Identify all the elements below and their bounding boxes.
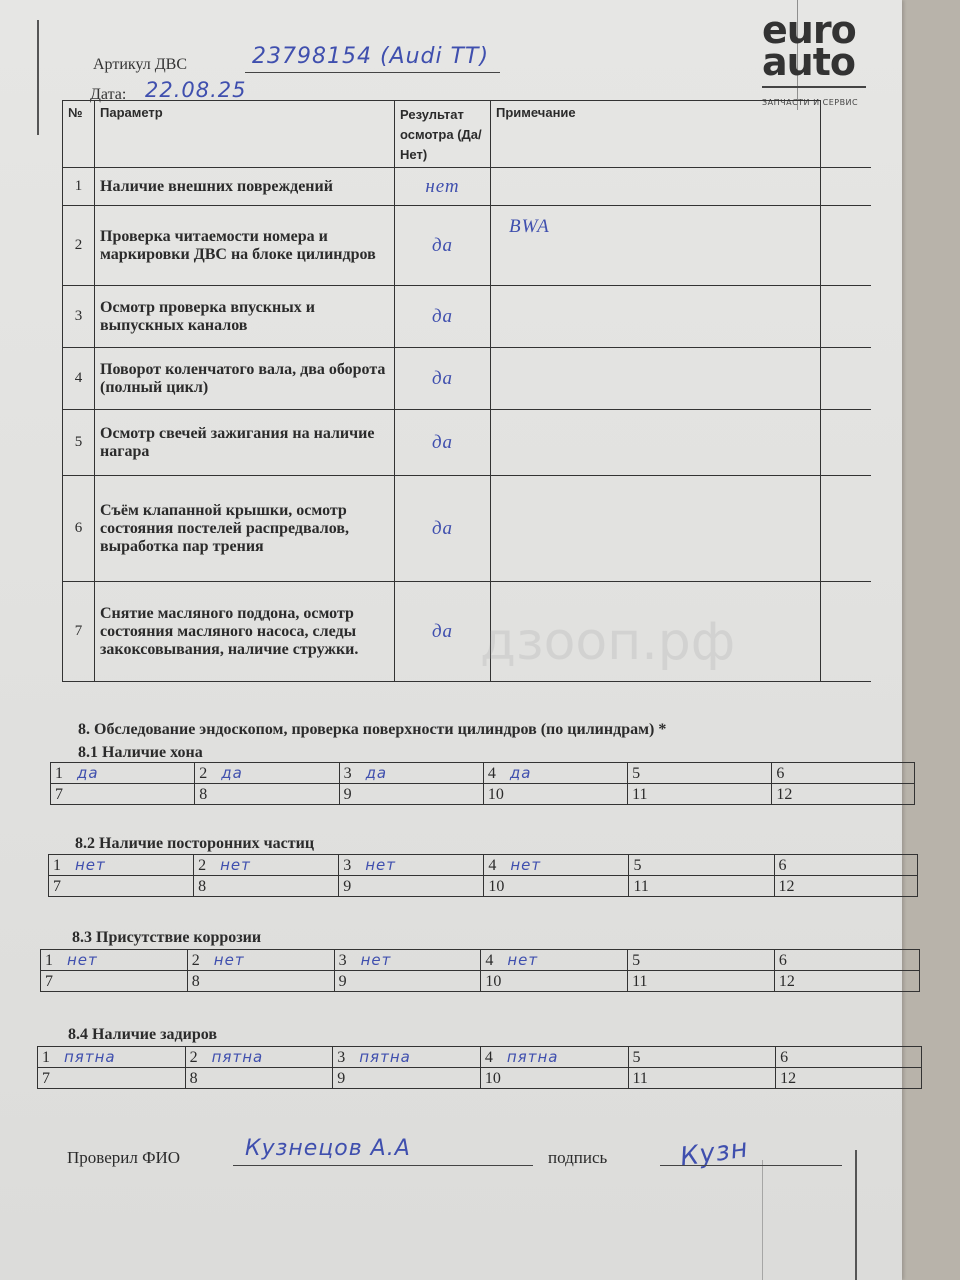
cylinder-number: 5 xyxy=(633,1049,641,1066)
subsection-title: 8.4 Наличие задиров xyxy=(68,1026,217,1044)
cylinder-value: пятна xyxy=(212,1048,264,1066)
cylinder-row: 789101112 xyxy=(51,784,915,805)
date-value: 22.08.25 xyxy=(145,78,247,102)
table-row: 1Наличие внешних поврежденийнет xyxy=(63,168,871,206)
cylinder-cell: 6 xyxy=(774,855,917,876)
cylinder-number: 7 xyxy=(45,973,53,990)
row-blank xyxy=(821,168,871,206)
cylinder-value: пятна xyxy=(64,1048,116,1066)
table-row: 3Осмотр проверка впускных и выпускных ка… xyxy=(63,286,871,348)
cylinder-number: 3 xyxy=(343,857,351,874)
cylinder-number: 7 xyxy=(55,786,63,803)
row-note xyxy=(491,476,821,582)
cylinder-number: 3 xyxy=(339,952,347,969)
row-blank xyxy=(821,410,871,476)
cylinder-row: 789101112 xyxy=(49,876,918,897)
table-row: 6Съём клапанной крышки, осмотр состояния… xyxy=(63,476,871,582)
cylinder-cell: 7 xyxy=(38,1068,186,1089)
cylinder-cell: 4нет xyxy=(484,855,629,876)
cylinder-number: 2 xyxy=(199,765,207,782)
row-result: да xyxy=(395,582,491,682)
cylinder-number: 3 xyxy=(337,1049,345,1066)
cylinder-number: 3 xyxy=(344,765,352,782)
table-row: 4Поворот коленчатого вала, два оборота (… xyxy=(63,348,871,410)
cylinder-cell: 9 xyxy=(339,876,484,897)
cylinder-cell: 11 xyxy=(628,784,772,805)
cylinder-number: 10 xyxy=(485,1070,501,1087)
cylinder-cell: 7 xyxy=(41,971,188,992)
cylinder-cell: 5 xyxy=(628,1047,776,1068)
cylinder-cell: 9 xyxy=(339,784,483,805)
cylinder-number: 1 xyxy=(55,765,63,782)
cylinder-cell: 5 xyxy=(629,855,774,876)
cylinder-cell: 4пятна xyxy=(480,1047,628,1068)
cylinder-number: 2 xyxy=(192,952,200,969)
cylinder-number: 12 xyxy=(776,786,792,803)
cylinder-value: пятна xyxy=(359,1048,411,1066)
row-parameter: Снятие масляного поддона, осмотр состоян… xyxy=(95,582,395,682)
cylinder-cell: 12 xyxy=(774,876,917,897)
cylinder-number: 7 xyxy=(53,878,61,895)
row-note: BWA xyxy=(491,206,821,286)
cylinder-cell: 4да xyxy=(483,763,627,784)
cylinder-table: 1нет2нет3нет4нет56789101112 xyxy=(40,949,920,992)
checked-by-label: Проверил ФИО xyxy=(67,1148,180,1168)
cylinder-number: 6 xyxy=(776,765,784,782)
table-row: 5Осмотр свечей зажигания на наличие нага… xyxy=(63,410,871,476)
section8-title: 8. Обследование эндоскопом, проверка пов… xyxy=(78,721,666,739)
cylinder-value: нет xyxy=(67,951,98,969)
cylinder-number: 9 xyxy=(337,1070,345,1087)
row-number: 3 xyxy=(63,286,95,348)
cylinder-cell: 4нет xyxy=(481,950,628,971)
row-number: 2 xyxy=(63,206,95,286)
cylinder-number: 9 xyxy=(343,878,351,895)
row-parameter: Поворот коленчатого вала, два оборота (п… xyxy=(95,348,395,410)
cylinder-number: 6 xyxy=(779,952,787,969)
cylinder-cell: 12 xyxy=(774,971,919,992)
article-label: Артикул ДВС xyxy=(93,56,187,74)
cylinder-cell: 6 xyxy=(772,763,915,784)
cylinder-cell: 10 xyxy=(480,1068,628,1089)
cylinder-table: 1нет2нет3нет4нет56789101112 xyxy=(48,854,918,897)
row-number: 4 xyxy=(63,348,95,410)
cylinder-cell: 6 xyxy=(776,1047,922,1068)
cylinder-cell: 10 xyxy=(483,784,627,805)
checked-by-underline xyxy=(233,1165,533,1166)
cylinder-value: да xyxy=(221,764,243,782)
row-result: да xyxy=(395,476,491,582)
cylinder-value: нет xyxy=(75,856,106,874)
cylinder-cell: 5 xyxy=(628,950,775,971)
fold-line xyxy=(855,1150,857,1280)
subsection-title: 8.2 Наличие посторонних частиц xyxy=(75,835,314,853)
cylinder-number: 5 xyxy=(632,952,640,969)
cylinder-number: 4 xyxy=(488,857,496,874)
col-header-blank xyxy=(821,101,871,168)
cylinder-number: 1 xyxy=(42,1049,50,1066)
fold-line xyxy=(37,20,39,135)
cylinder-number: 4 xyxy=(485,952,493,969)
row-parameter: Осмотр проверка впускных и выпускных кан… xyxy=(95,286,395,348)
col-header-num: № xyxy=(63,101,95,168)
article-value: 23798154 (Audi TT) xyxy=(252,44,489,69)
cylinder-row: 1да2да3да4да56 xyxy=(51,763,915,784)
cylinder-number: 12 xyxy=(779,878,795,895)
cylinder-cell: 2нет xyxy=(194,855,339,876)
cylinder-cell: 5 xyxy=(628,763,772,784)
cylinder-value: да xyxy=(366,764,388,782)
cylinder-cell: 7 xyxy=(51,784,195,805)
col-header-param: Параметр xyxy=(95,101,395,168)
cylinder-value: нет xyxy=(510,856,541,874)
cylinder-cell: 10 xyxy=(481,971,628,992)
cylinder-number: 10 xyxy=(488,878,504,895)
cylinder-number: 5 xyxy=(632,765,640,782)
cylinder-number: 2 xyxy=(190,1049,198,1066)
cylinder-number: 11 xyxy=(633,1070,648,1087)
cylinder-value: пятна xyxy=(507,1048,559,1066)
cylinder-table: 1да2да3да4да56789101112 xyxy=(50,762,915,805)
row-number: 5 xyxy=(63,410,95,476)
row-result: да xyxy=(395,286,491,348)
cylinder-value: нет xyxy=(220,856,251,874)
cylinder-value: нет xyxy=(214,951,245,969)
cylinder-number: 12 xyxy=(780,1070,796,1087)
cylinder-cell: 8 xyxy=(187,971,334,992)
cylinder-cell: 10 xyxy=(484,876,629,897)
cylinder-cell: 11 xyxy=(629,876,774,897)
cylinder-cell: 1нет xyxy=(49,855,194,876)
cylinder-value: нет xyxy=(361,951,392,969)
row-blank xyxy=(821,476,871,582)
cylinder-number: 4 xyxy=(485,1049,493,1066)
row-result: да xyxy=(395,206,491,286)
row-parameter: Наличие внешних повреждений xyxy=(95,168,395,206)
cylinder-number: 11 xyxy=(633,878,648,895)
checked-by-name: Кузнецов А.А xyxy=(245,1136,411,1161)
row-number: 7 xyxy=(63,582,95,682)
cylinder-cell: 2нет xyxy=(187,950,334,971)
table-row: 2Проверка читаемости номера и маркировки… xyxy=(63,206,871,286)
row-parameter: Осмотр свечей зажигания на наличие нагар… xyxy=(95,410,395,476)
cylinder-number: 4 xyxy=(488,765,496,782)
cylinder-number: 10 xyxy=(485,973,501,990)
cylinder-cell: 2да xyxy=(195,763,339,784)
fold-line xyxy=(762,1160,763,1280)
row-blank xyxy=(821,206,871,286)
row-blank xyxy=(821,286,871,348)
col-header-result: Результат осмотра (Да/Нет) xyxy=(395,101,491,168)
cylinder-row: 789101112 xyxy=(38,1068,922,1089)
cylinder-cell: 6 xyxy=(774,950,919,971)
row-number: 6 xyxy=(63,476,95,582)
cylinder-cell: 9 xyxy=(334,971,481,992)
cylinder-cell: 8 xyxy=(194,876,339,897)
row-blank xyxy=(821,582,871,682)
cylinder-number: 6 xyxy=(779,857,787,874)
cylinder-cell: 12 xyxy=(776,1068,922,1089)
cylinder-number: 11 xyxy=(632,973,647,990)
cylinder-number: 8 xyxy=(199,786,207,803)
cylinder-number: 7 xyxy=(42,1070,50,1087)
row-note xyxy=(491,168,821,206)
cylinder-number: 12 xyxy=(779,973,795,990)
cylinder-cell: 9 xyxy=(333,1068,481,1089)
row-result: нет xyxy=(395,168,491,206)
row-note xyxy=(491,286,821,348)
cylinder-number: 8 xyxy=(198,878,206,895)
signature-label: подпись xyxy=(548,1148,607,1168)
cylinder-cell: 2пятна xyxy=(185,1047,333,1068)
row-note xyxy=(491,348,821,410)
row-number: 1 xyxy=(63,168,95,206)
cylinder-cell: 1нет xyxy=(41,950,188,971)
watermark: дзооп.рф xyxy=(480,612,735,672)
cylinder-cell: 8 xyxy=(185,1068,333,1089)
cylinder-number: 1 xyxy=(45,952,53,969)
signature-underline xyxy=(660,1165,842,1166)
row-blank xyxy=(821,348,871,410)
cylinder-cell: 11 xyxy=(628,1068,776,1089)
cylinder-number: 11 xyxy=(632,786,647,803)
cylinder-cell: 3нет xyxy=(334,950,481,971)
cylinder-row: 789101112 xyxy=(41,971,920,992)
logo-divider xyxy=(762,86,866,88)
cylinder-cell: 11 xyxy=(628,971,775,992)
cylinder-row: 1пятна2пятна3пятна4пятна56 xyxy=(38,1047,922,1068)
cylinder-cell: 8 xyxy=(195,784,339,805)
cylinder-value: нет xyxy=(365,856,396,874)
col-header-note: Примечание xyxy=(491,101,821,168)
cylinder-number: 1 xyxy=(53,857,61,874)
cylinder-row: 1нет2нет3нет4нет56 xyxy=(49,855,918,876)
article-underline xyxy=(245,72,500,73)
euroauto-logo: euro auto ЗАПЧАСТИ И СЕРВИС xyxy=(762,14,872,107)
row-result: да xyxy=(395,410,491,476)
cylinder-number: 9 xyxy=(339,973,347,990)
cylinder-value: да xyxy=(510,764,532,782)
table-row: 7Снятие масляного поддона, осмотр состоя… xyxy=(63,582,871,682)
row-parameter: Проверка читаемости номера и маркировки … xyxy=(95,206,395,286)
cylinder-number: 5 xyxy=(633,857,641,874)
cylinder-table: 1пятна2пятна3пятна4пятна56789101112 xyxy=(37,1046,922,1089)
cylinder-cell: 3пятна xyxy=(333,1047,481,1068)
row-parameter: Съём клапанной крышки, осмотр состояния … xyxy=(95,476,395,582)
cylinder-value: нет xyxy=(507,951,538,969)
signature-value: Кузн xyxy=(678,1133,750,1172)
row-result: да xyxy=(395,348,491,410)
cylinder-cell: 7 xyxy=(49,876,194,897)
row-note xyxy=(491,410,821,476)
inspection-table: № Параметр Результат осмотра (Да/Нет) Пр… xyxy=(62,100,871,682)
cylinder-number: 6 xyxy=(780,1049,788,1066)
cylinder-cell: 12 xyxy=(772,784,915,805)
document-page: euro auto ЗАПЧАСТИ И СЕРВИС Артикул ДВС … xyxy=(0,0,902,1280)
cylinder-cell: 3нет xyxy=(339,855,484,876)
cylinder-number: 10 xyxy=(488,786,504,803)
cylinder-number: 8 xyxy=(192,973,200,990)
subsection-title: 8.1 Наличие хона xyxy=(78,744,203,762)
cylinder-row: 1нет2нет3нет4нет56 xyxy=(41,950,920,971)
cylinder-cell: 3да xyxy=(339,763,483,784)
cylinder-cell: 1пятна xyxy=(38,1047,186,1068)
subsection-title: 8.3 Присутствие коррозии xyxy=(72,929,261,947)
cylinder-value: да xyxy=(77,764,99,782)
cylinder-number: 8 xyxy=(190,1070,198,1087)
cylinder-number: 2 xyxy=(198,857,206,874)
cylinder-cell: 1да xyxy=(51,763,195,784)
cylinder-number: 9 xyxy=(344,786,352,803)
